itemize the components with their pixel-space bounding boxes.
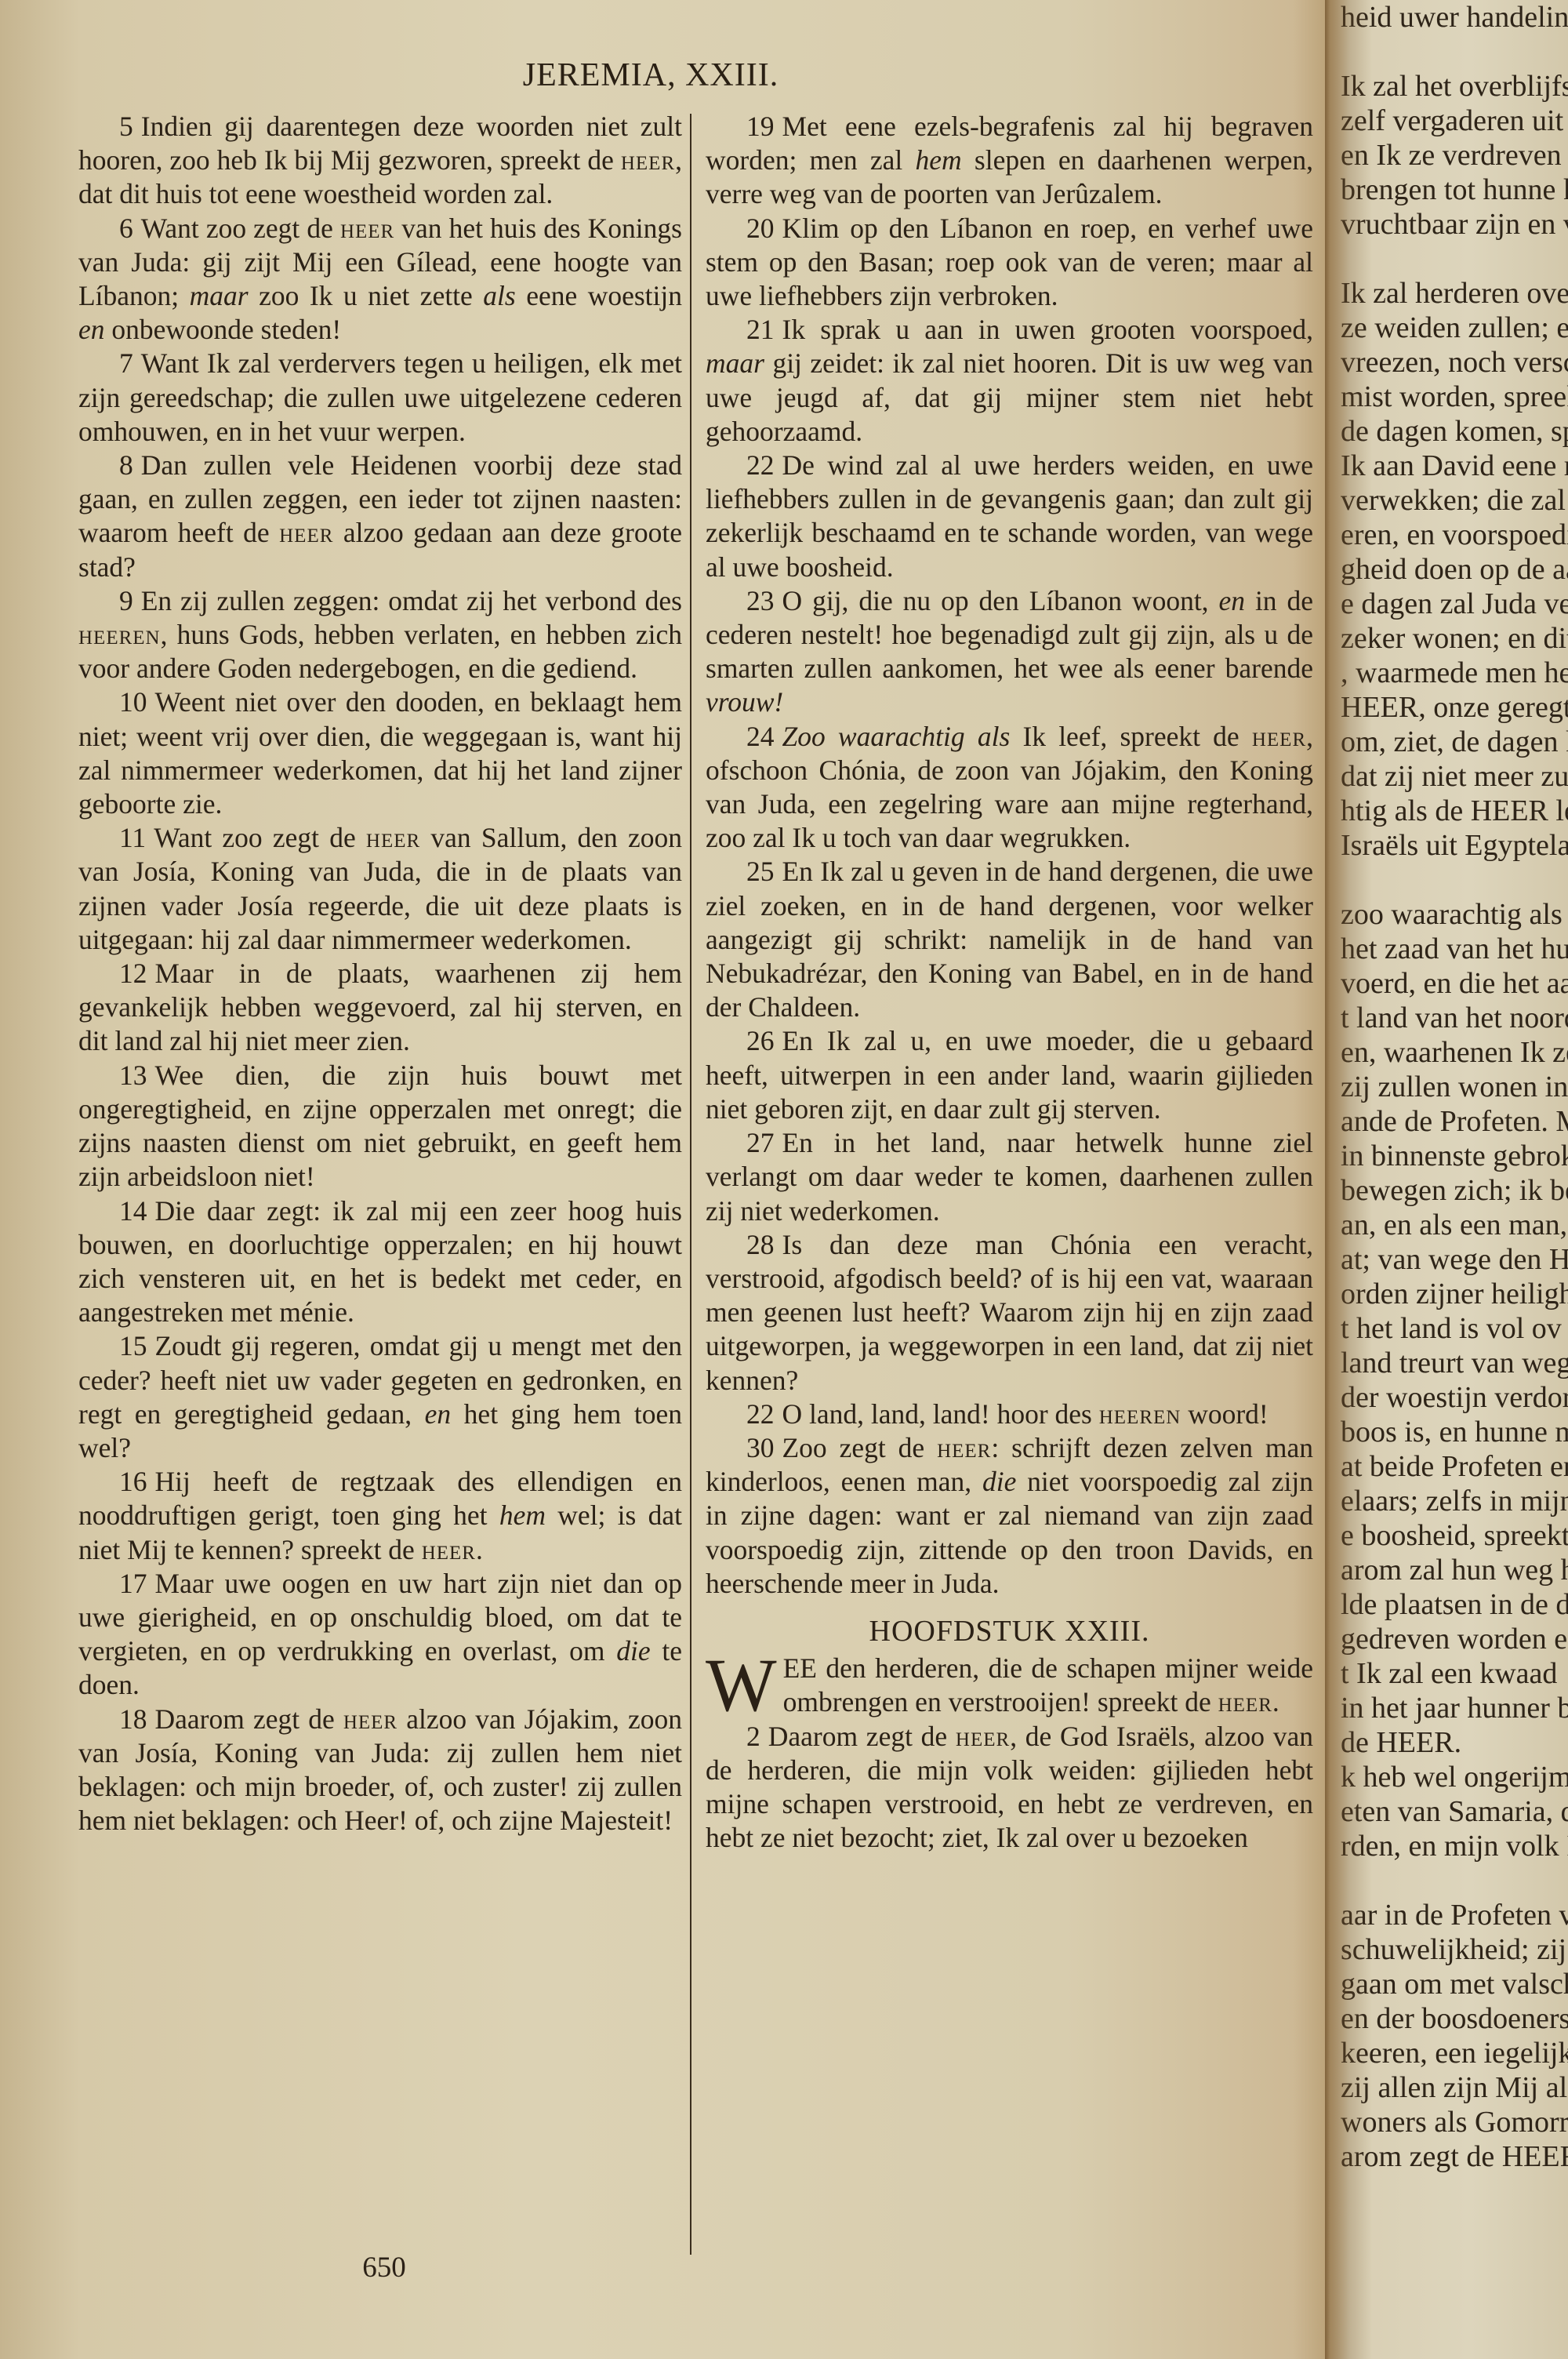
next-page-line: , waarmede men hem	[1341, 656, 1568, 690]
italic-text: die	[982, 1466, 1016, 1497]
verse: 11Want zoo zegt de HEER van Sallum, den …	[78, 821, 682, 957]
verse-number: 25	[746, 856, 775, 887]
verse-number: 2	[746, 1721, 760, 1752]
next-page-line: schuwelijkheid; zij bedri	[1341, 1932, 1568, 1967]
verse: 22O land, land, land! hoor des HEEREN wo…	[706, 1398, 1313, 1431]
verse-number: 22	[746, 449, 775, 481]
verse: 12Maar in de plaats, waarhenen zij hem g…	[78, 957, 682, 1059]
next-page-line: vreezen, noch verschrik	[1341, 345, 1568, 380]
page-number: 650	[345, 2251, 423, 2284]
next-page-line: orden zijner heilighei	[1341, 1277, 1568, 1311]
small-caps-name: HEER	[621, 144, 675, 176]
next-page-line: en der boosdoeners, opd	[1341, 2001, 1568, 2036]
next-page-line: de HEER.	[1341, 1725, 1568, 1760]
next-page-line: verwekken; die zal	[1341, 483, 1568, 518]
next-page-line: Ik zal herderen over hen	[1341, 276, 1568, 311]
next-page-line: en Ik ze verdreven heb;	[1341, 138, 1568, 173]
italic-text: maar	[190, 280, 249, 311]
next-page-line: brengen tot hunne kooij	[1341, 173, 1568, 207]
verse: 22De wind zal al uwe herders weiden, en …	[706, 449, 1313, 584]
next-page-line: HEER, onze geregtigheid	[1341, 690, 1568, 725]
verse-number: 21	[746, 314, 775, 345]
next-page-line: t Ik zal een kwaad	[1341, 1656, 1568, 1691]
verse: 28Is dan deze man Chónia een veracht, ve…	[706, 1228, 1313, 1398]
small-caps-name: HEER	[279, 517, 333, 548]
italic-text: Zoo waarachtig als	[782, 721, 1011, 752]
verse-number: 27	[746, 1127, 775, 1158]
right-column: 19Met eene ezels-begrafenis zal hij begr…	[706, 110, 1313, 1855]
next-page-line: htig als de HEER leef	[1341, 794, 1568, 828]
verse: 21Ik sprak u aan in uwen grooten voorspo…	[706, 313, 1313, 449]
verse-number: 9	[119, 585, 133, 616]
verse-number: 5	[119, 111, 133, 142]
small-caps-name: HEER	[366, 822, 420, 853]
verse: 15Zoudt gij regeren, omdat gij u mengt m…	[78, 1329, 682, 1465]
verse-text: Wee dien, die zijn huis bouwt met ongere…	[78, 1060, 682, 1193]
drop-cap: W	[706, 1655, 777, 1716]
next-page-line: gheid doen op de aarde	[1341, 552, 1568, 587]
next-page-line: vruchtbaar zijn en vern	[1341, 207, 1568, 242]
verse-text: gij zeidet: ik zal niet hooren. Dit is u…	[706, 347, 1313, 446]
next-page-line: eren, en voorspoedig zij	[1341, 518, 1568, 552]
verse-number: 30	[746, 1432, 775, 1463]
next-page-line	[1341, 863, 1568, 897]
verse-text: woord!	[1181, 1398, 1268, 1430]
verse-number: 15	[119, 1330, 147, 1361]
next-page-line: Ik aan David eene reg	[1341, 449, 1568, 483]
italic-text: vrouw!	[706, 686, 783, 718]
verse: 20Klim op den Líbanon en roep, en verhef…	[706, 212, 1313, 314]
next-page-line: gaan om met valschheid,	[1341, 1967, 1568, 2001]
italic-text: maar	[706, 347, 764, 379]
verse-text: .	[1272, 1686, 1279, 1717]
next-page-line: Ik zal het overblijfse	[1341, 69, 1568, 104]
small-caps-name: HEER	[1218, 1686, 1272, 1717]
verse-number: 26	[746, 1025, 775, 1056]
verse-number: 13	[119, 1060, 147, 1091]
verse-text: Ik sprak u aan in uwen grooten voorspoed…	[782, 314, 1314, 345]
next-page-line: e boosheid, spreekt de H	[1341, 1518, 1568, 1553]
chapter-body: WEE den herderen, die de schapen mijner …	[706, 1652, 1313, 1855]
next-page-line: elaars; zelfs in mijn	[1341, 1484, 1568, 1518]
verse: 19Met eene ezels-begrafenis zal hij begr…	[706, 110, 1313, 212]
verse: 23O gij, die nu op den Líbanon woont, en…	[706, 584, 1313, 720]
next-page-line: arom zegt de HEER	[1341, 2139, 1568, 2174]
verse-text: Klim op den Líbanon en roep, en verhef u…	[706, 213, 1313, 311]
next-page-line: aar in de Profeten van	[1341, 1898, 1568, 1932]
verse-number: 6	[119, 213, 133, 244]
next-page-line: at beide Profeten en	[1341, 1449, 1568, 1484]
verse-number: 24	[746, 721, 775, 752]
next-page-line: rden, en mijn volk Isra	[1341, 1829, 1568, 1863]
next-page-line: at; van wege den HEE	[1341, 1242, 1568, 1277]
verse: 18Daarom zegt de HEER alzoo van Jójakim,…	[78, 1703, 682, 1838]
verse: 6Want zoo zegt de HEER van het huis des …	[78, 212, 682, 347]
verse-text: Maar in de plaats, waarhenen zij hem gev…	[78, 958, 682, 1056]
next-page-line: om, ziet, de dagen komen	[1341, 725, 1568, 759]
verse: 9En zij zullen zeggen: omdat zij het ver…	[78, 584, 682, 686]
chapter-title: HOOFDSTUK XXIII.	[706, 1615, 1313, 1648]
next-page-line: in binnenste gebroken	[1341, 1139, 1568, 1173]
verse-number: 7	[119, 347, 133, 379]
next-page-line: Israëls uit Egypteland	[1341, 828, 1568, 863]
verse-number: 11	[119, 822, 146, 853]
next-page-line	[1341, 1863, 1568, 1898]
italic-text: als	[483, 280, 515, 311]
next-page-line: het zaad van het hu	[1341, 932, 1568, 966]
next-page-line: arom zal hun weg hun	[1341, 1553, 1568, 1587]
next-page-line: eten van Samaria, die	[1341, 1794, 1568, 1829]
verse-text: De wind zal al uwe herders weiden, en uw…	[706, 449, 1313, 583]
small-caps-name: HEER	[343, 1703, 397, 1735]
next-page-line: keeren, een iegelijk van z	[1341, 2036, 1568, 2070]
italic-text: en	[78, 314, 105, 345]
next-page-line: t het land is vol ov	[1341, 1311, 1568, 1346]
next-page-line: land treurt van wege d	[1341, 1346, 1568, 1380]
small-caps-name: HEER	[956, 1721, 1010, 1752]
next-page-line: k heb wel ongerijmdheid	[1341, 1760, 1568, 1794]
italic-text: hem	[499, 1499, 546, 1531]
running-head: JEREMIA, XXIII.	[0, 56, 1333, 94]
verse: 2Daarom zegt de HEER, de God Israëls, al…	[706, 1720, 1313, 1856]
next-page-line: voerd, en die het aa	[1341, 966, 1568, 1001]
next-page-line: ande de Profeten. M	[1341, 1104, 1568, 1139]
verse-number: 23	[746, 585, 775, 616]
next-page-line: in het jaar hunner b	[1341, 1691, 1568, 1725]
verse: 25En Ik zal u geven in de hand dergenen,…	[706, 855, 1313, 1024]
next-page-line: zoo waarachtig als	[1341, 897, 1568, 932]
next-page-line	[1341, 242, 1568, 276]
next-page-line: zeker wonen; en dit	[1341, 621, 1568, 656]
next-page-line: t land van het noord	[1341, 1001, 1568, 1035]
verse-text: zoo Ik u niet zette	[249, 280, 484, 311]
verse: 5Indien gij daarentegen deze woorden nie…	[78, 110, 682, 212]
verse: 30Zoo zegt de HEER: schrijft dezen zelve…	[706, 1431, 1313, 1601]
verse-number: 12	[119, 958, 147, 989]
verse: 26En Ik zal u, en uwe moeder, die u geba…	[706, 1024, 1313, 1126]
verse-text: onbewoonde steden!	[105, 314, 342, 345]
verse-text: Is dan deze man Chónia een veracht, vers…	[706, 1229, 1313, 1396]
next-page-line: heid uwer handelingen, s	[1341, 0, 1568, 35]
next-page-line: lde plaatsen in de donke	[1341, 1587, 1568, 1622]
verse: 27En in het land, naar hetwelk hunne zie…	[706, 1126, 1313, 1228]
next-page-edge: heid uwer handelingen, s Ik zal het over…	[1325, 0, 1568, 2359]
left-column: 5Indien gij daarentegen deze woorden nie…	[78, 110, 682, 1837]
verse-number: 20	[746, 213, 775, 244]
next-page-line: dat zij niet meer zullen	[1341, 759, 1568, 794]
verse: 24Zoo waarachtig als Ik leef, spreekt de…	[706, 720, 1313, 856]
next-page-line: zelf vergaderen uit al d	[1341, 104, 1568, 138]
verse-text: .	[476, 1534, 483, 1565]
verse-number: 18	[119, 1703, 147, 1735]
verse-text: En in het land, naar hetwelk hunne ziel …	[706, 1127, 1313, 1226]
next-page-line: der woestijn verdorre	[1341, 1380, 1568, 1415]
verse-text: Indien gij daarentegen deze woorden niet…	[78, 111, 682, 176]
verse-text: En Ik zal u geven in de hand dergenen, d…	[706, 856, 1313, 1023]
verse-text: Daarom zegt de	[768, 1721, 956, 1752]
verse-text: Zoo zegt de	[782, 1432, 938, 1463]
verse-number: 14	[119, 1195, 147, 1227]
small-caps-name: HEER	[340, 213, 394, 244]
verse-number: 28	[746, 1229, 775, 1260]
next-page-text: heid uwer handelingen, s Ik zal het over…	[1341, 0, 1568, 2174]
small-caps-name: HEEREN	[1099, 1398, 1181, 1430]
small-caps-name: HEER	[422, 1534, 476, 1565]
next-page-line	[1341, 35, 1568, 69]
verse-text: Maar uwe oogen en uw hart zijn niet dan …	[78, 1568, 682, 1667]
verse-text: Daarom zegt de	[155, 1703, 343, 1735]
next-page-line: zij zullen wonen in h	[1341, 1070, 1568, 1104]
next-page-line: en, waarhenen Ik ze	[1341, 1035, 1568, 1070]
next-page-line: de dagen komen, sp	[1341, 414, 1568, 449]
left-page: JEREMIA, XXIII. 5Indien gij daarentegen …	[0, 0, 1333, 2359]
verse: WEE den herderen, die de schapen mijner …	[706, 1652, 1313, 1719]
verse-text: eene woestijn	[516, 280, 682, 311]
verse: 14Die daar zegt: ik zal mij een zeer hoo…	[78, 1194, 682, 1330]
verse-text: Want zoo zegt de	[141, 213, 340, 244]
verse-number: 19	[746, 111, 775, 142]
next-page-line: mist worden, spreekt de H	[1341, 380, 1568, 414]
next-page-line: gedreven worden en d	[1341, 1622, 1568, 1656]
small-caps-name: HEEREN	[78, 619, 161, 650]
verse-text: O land, land, land! hoor des	[782, 1398, 1099, 1430]
next-page-line: woners als Gomorra.	[1341, 2105, 1568, 2139]
verse-text: Die daar zegt: ik zal mij een zeer hoog …	[78, 1195, 682, 1329]
italic-text: en	[425, 1398, 452, 1430]
verse-text: En zij zullen zeggen: omdat zij het verb…	[141, 585, 682, 616]
next-page-line: an, en als een man, die	[1341, 1208, 1568, 1242]
small-caps-name: HEER	[937, 1432, 991, 1463]
verse-number: 17	[119, 1568, 147, 1599]
page-curl-shadow	[1325, 0, 1372, 2359]
verse-number: 8	[119, 449, 133, 481]
verse-text: Weent niet over den dooden, en beklaagt …	[78, 686, 682, 820]
italic-text: die	[616, 1635, 650, 1667]
verse-text: , huns Gods, hebben verlaten, en hebben …	[78, 619, 682, 684]
verse: 13Wee dien, die zijn huis bouwt met onge…	[78, 1059, 682, 1194]
verse: 17Maar uwe oogen en uw hart zijn niet da…	[78, 1567, 682, 1703]
small-caps-name: HEER	[1252, 721, 1306, 752]
verse-number: 22	[746, 1398, 775, 1430]
italic-text: en	[1219, 585, 1246, 616]
verse: 10Weent niet over den dooden, en beklaag…	[78, 685, 682, 821]
next-page-line: e dagen zal Juda verlos	[1341, 587, 1568, 621]
verse-number: 16	[119, 1466, 147, 1497]
column-divider	[690, 114, 691, 2255]
italic-text: hem	[916, 144, 962, 176]
next-page-line: boos is, en hunne magt	[1341, 1415, 1568, 1449]
verse-text: Ik leef, spreekt de	[1010, 721, 1252, 752]
verse-text: O gij, die nu op den Líbanon woont,	[782, 585, 1219, 616]
verse-text: En Ik zal u, en uwe moeder, die u gebaar…	[706, 1025, 1313, 1124]
verse-text: Want zoo zegt de	[154, 822, 366, 853]
verse: 16Hij heeft de regtzaak des ellendigen e…	[78, 1465, 682, 1567]
verse-text: Want Ik zal verdervers tegen u heiligen,…	[78, 347, 682, 446]
next-page-line: ze weiden zullen; en z	[1341, 311, 1568, 345]
verse-number: 10	[119, 686, 147, 718]
verse: 8Dan zullen vele Heidenen voorbij deze s…	[78, 449, 682, 584]
next-page-line: bewegen zich; ik be	[1341, 1173, 1568, 1208]
next-page-line: zij allen zijn Mij als S	[1341, 2070, 1568, 2105]
verse: 7Want Ik zal verdervers tegen u heiligen…	[78, 347, 682, 449]
